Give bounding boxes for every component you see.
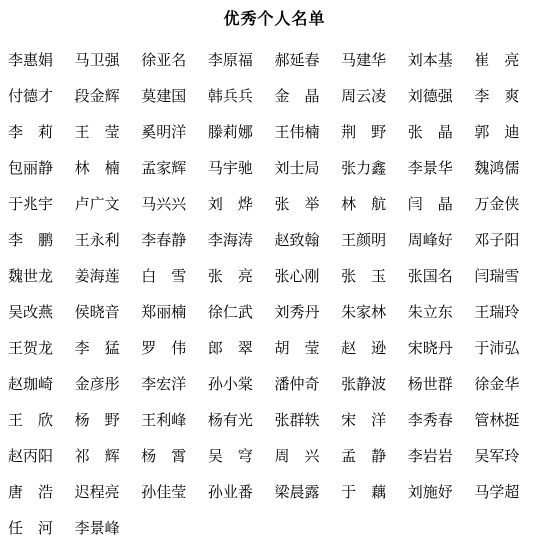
- person-name: 于 藕: [341, 475, 408, 511]
- person-name: 赵丙阳: [8, 439, 75, 475]
- person-name: 段金辉: [75, 79, 142, 115]
- person-name: 魏世龙: [8, 259, 75, 295]
- person-name: 魏鸿儒: [474, 151, 541, 187]
- person-name: 闫瑞雪: [474, 259, 541, 295]
- person-name: 马宇驰: [208, 151, 275, 187]
- page-title: 优秀个人名单: [0, 0, 549, 29]
- person-name: 林 航: [341, 187, 408, 223]
- person-name: 徐亚名: [141, 43, 208, 79]
- person-name: 马学超: [474, 475, 541, 511]
- person-name: 周云凌: [341, 79, 408, 115]
- person-name: 马卫强: [75, 43, 142, 79]
- person-name: 潘仲奇: [275, 367, 342, 403]
- person-name: 张 晶: [408, 115, 475, 151]
- person-name: 李 鹏: [8, 223, 75, 259]
- name-row: 李 莉王 莹奚明洋滕莉娜王伟楠荆 野张 晶郭 迪: [8, 115, 541, 151]
- person-name: 张静波: [341, 367, 408, 403]
- person-name: 郭 迪: [474, 115, 541, 151]
- person-name: 王瑞玲: [474, 295, 541, 331]
- person-name: 金 晶: [275, 79, 342, 115]
- person-name: 王颜明: [341, 223, 408, 259]
- person-name: 王 欣: [8, 403, 75, 439]
- person-name: 莫建国: [141, 79, 208, 115]
- person-name: 任 河: [8, 511, 75, 546]
- name-row: 付德才段金辉莫建国韩兵兵金 晶周云凌刘德强李 爽: [8, 79, 541, 115]
- person-name: 荆 野: [341, 115, 408, 151]
- person-name: 奚明洋: [141, 115, 208, 151]
- person-name: 张 举: [275, 187, 342, 223]
- person-name: 杨有光: [208, 403, 275, 439]
- person-name: 孙佳莹: [141, 475, 208, 511]
- name-row: 赵丙阳祁 辉杨 霄吴 穹周 兴孟 静李岩岩吴军玲: [8, 439, 541, 475]
- person-name: 包丽静: [8, 151, 75, 187]
- person-name: 张力鑫: [341, 151, 408, 187]
- person-name: 孟 静: [341, 439, 408, 475]
- person-name: 王利峰: [141, 403, 208, 439]
- person-name: 李 猛: [75, 331, 142, 367]
- name-row: 吴改燕侯晓音郑丽楠徐仁武刘秀丹朱家林朱立东王瑞玲: [8, 295, 541, 331]
- person-name: 胡 莹: [275, 331, 342, 367]
- person-name: 李原福: [208, 43, 275, 79]
- person-name: 张 亮: [208, 259, 275, 295]
- person-name: 马建华: [341, 43, 408, 79]
- person-name: 林 楠: [75, 151, 142, 187]
- name-row: 李 鹏王永利李春静李海涛赵致翰王颜明周峰好邓子阳: [8, 223, 541, 259]
- person-name: 李 爽: [474, 79, 541, 115]
- person-name: 郎 翠: [208, 331, 275, 367]
- person-name: 孙小棠: [208, 367, 275, 403]
- person-name: 金彦彤: [75, 367, 142, 403]
- person-name: 朱家林: [341, 295, 408, 331]
- person-name: 徐金华: [474, 367, 541, 403]
- person-name: 张心刚: [275, 259, 342, 295]
- person-name: 张群轶: [275, 403, 342, 439]
- person-name: 王 莹: [75, 115, 142, 151]
- person-name: 崔 亮: [474, 43, 541, 79]
- person-name: 付德才: [8, 79, 75, 115]
- name-row: 魏世龙姜海莲白 雪张 亮张心刚张 玉张国名闫瑞雪: [8, 259, 541, 295]
- person-name: 韩兵兵: [208, 79, 275, 115]
- person-name: 杨 霄: [141, 439, 208, 475]
- person-name: 万金侠: [474, 187, 541, 223]
- person-name: 马兴兴: [141, 187, 208, 223]
- person-name: 祁 辉: [75, 439, 142, 475]
- person-name: 侯晓音: [75, 295, 142, 331]
- name-row: 王 欣杨 野王利峰杨有光张群轶宋 洋李秀春管林挺: [8, 403, 541, 439]
- person-name: 吴 穹: [208, 439, 275, 475]
- person-name: 赵珈崎: [8, 367, 75, 403]
- person-name: 李惠娟: [8, 43, 75, 79]
- person-name: 郑丽楠: [141, 295, 208, 331]
- person-name: 孟家辉: [141, 151, 208, 187]
- person-name: 李秀春: [408, 403, 475, 439]
- person-name: 周峰好: [408, 223, 475, 259]
- person-name: 闫 晶: [408, 187, 475, 223]
- person-name: 刘本基: [408, 43, 475, 79]
- person-name: 于沛弘: [474, 331, 541, 367]
- person-name: 周 兴: [275, 439, 342, 475]
- person-name: 刘德强: [408, 79, 475, 115]
- person-name: 滕莉娜: [208, 115, 275, 151]
- person-name: 管林挺: [474, 403, 541, 439]
- person-name: 张 玉: [341, 259, 408, 295]
- person-name: 刘 烨: [208, 187, 275, 223]
- person-name: 李景华: [408, 151, 475, 187]
- name-row: 任 河李景峰: [8, 511, 541, 546]
- person-name: 吴军玲: [474, 439, 541, 475]
- person-name: 李宏洋: [141, 367, 208, 403]
- person-name: 孙业番: [208, 475, 275, 511]
- person-name: 赵致翰: [275, 223, 342, 259]
- person-name: 郝延春: [275, 43, 342, 79]
- person-name: 徐仁武: [208, 295, 275, 331]
- person-name: 李海涛: [208, 223, 275, 259]
- document-page: 优秀个人名单 李惠娟马卫强徐亚名李原福郝延春马建华刘本基崔 亮付德才段金辉莫建国…: [0, 0, 549, 546]
- name-row: 赵珈崎金彦彤李宏洋孙小棠潘仲奇张静波杨世群徐金华: [8, 367, 541, 403]
- person-name: 宋晓丹: [408, 331, 475, 367]
- person-name: 白 雪: [141, 259, 208, 295]
- person-name: 朱立东: [408, 295, 475, 331]
- person-name: 唐 浩: [8, 475, 75, 511]
- person-name: 刘士局: [275, 151, 342, 187]
- names-list: 李惠娟马卫强徐亚名李原福郝延春马建华刘本基崔 亮付德才段金辉莫建国韩兵兵金 晶周…: [0, 43, 549, 546]
- name-row: 于兆宇卢广文马兴兴刘 烨张 举林 航闫 晶万金侠: [8, 187, 541, 223]
- person-name: 李景峰: [75, 511, 142, 546]
- person-name: 王贺龙: [8, 331, 75, 367]
- person-name: 吴改燕: [8, 295, 75, 331]
- person-name: 王永利: [75, 223, 142, 259]
- person-name: 梁晨露: [275, 475, 342, 511]
- person-name: 迟程亮: [75, 475, 142, 511]
- name-row: 唐 浩迟程亮孙佳莹孙业番梁晨露于 藕刘施妤马学超: [8, 475, 541, 511]
- person-name: 姜海莲: [75, 259, 142, 295]
- person-name: 杨 野: [75, 403, 142, 439]
- person-name: 邓子阳: [474, 223, 541, 259]
- person-name: 李 莉: [8, 115, 75, 151]
- person-name: 赵 逊: [341, 331, 408, 367]
- person-name: 李岩岩: [408, 439, 475, 475]
- name-row: 包丽静林 楠孟家辉马宇驰刘士局张力鑫李景华魏鸿儒: [8, 151, 541, 187]
- person-name: 于兆宇: [8, 187, 75, 223]
- person-name: 王伟楠: [275, 115, 342, 151]
- person-name: 卢广文: [75, 187, 142, 223]
- person-name: 杨世群: [408, 367, 475, 403]
- name-row: 王贺龙李 猛罗 伟郎 翠胡 莹赵 逊宋晓丹于沛弘: [8, 331, 541, 367]
- person-name: 李春静: [141, 223, 208, 259]
- person-name: 宋 洋: [341, 403, 408, 439]
- person-name: 刘秀丹: [275, 295, 342, 331]
- person-name: 罗 伟: [141, 331, 208, 367]
- person-name: 张国名: [408, 259, 475, 295]
- person-name: 刘施妤: [408, 475, 475, 511]
- name-row: 李惠娟马卫强徐亚名李原福郝延春马建华刘本基崔 亮: [8, 43, 541, 79]
